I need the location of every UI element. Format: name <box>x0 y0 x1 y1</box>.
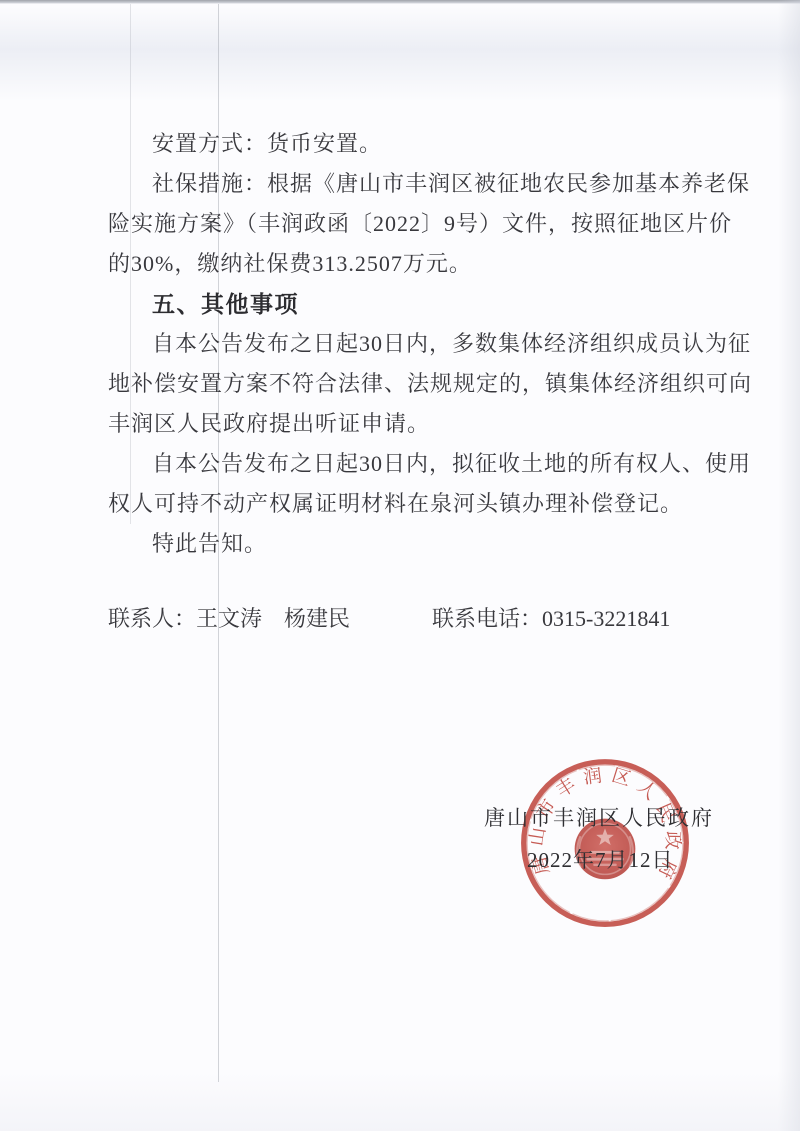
document-line: 权人可持不动产权属证明材料在泉河头镇办理补偿登记。 <box>108 484 728 524</box>
document-line: 自本公告发布之日起30日内，拟征收土地的所有权人、使用 <box>108 444 728 484</box>
notice-body: 安置方式：货币安置。 社保措施：根据《唐山市丰润区被征地农民参加基本养老保 险实… <box>108 124 728 564</box>
signature-issuer: 唐山市丰润区人民政府 <box>484 805 724 831</box>
document-line: 险实施方案》（丰润政函〔2022〕9号）文件，按照征地区片价 <box>108 204 728 244</box>
scan-right-shading <box>778 0 800 1131</box>
document-line: 社保措施：根据《唐山市丰润区被征地农民参加基本养老保 <box>108 164 728 204</box>
contact-row: 联系人：王文涛 杨建民 联系电话：0315-3221841 <box>108 604 728 634</box>
scan-bottom-shading <box>0 1071 800 1131</box>
document-line: 丰润区人民政府提出听证申请。 <box>108 404 728 444</box>
section-heading: 五、其他事项 <box>108 284 728 324</box>
document-line: 安置方式：货币安置。 <box>108 124 728 164</box>
contact-phone: 联系电话：0315-3221841 <box>432 604 670 634</box>
contact-persons: 联系人：王文涛 杨建民 <box>108 606 350 631</box>
official-seal-graphic: 唐山市丰润区人民政府 <box>512 752 698 938</box>
scanned-document-page: 安置方式：货币安置。 社保措施：根据《唐山市丰润区被征地农民参加基本养老保 险实… <box>0 0 800 1131</box>
scan-shading-band <box>0 6 800 102</box>
document-line: 地补偿安置方案不符合法律、法规规定的，镇集体经济组织可向 <box>108 364 728 404</box>
scan-top-edge <box>0 0 800 4</box>
official-seal: 唐山市丰润区人民政府 <box>512 752 698 938</box>
document-line: 自本公告发布之日起30日内，多数集体经济组织成员认为征 <box>108 324 728 364</box>
signature-date: 2022年7月12日 <box>527 847 697 873</box>
document-line: 的30%，缴纳社保费313.2507万元。 <box>108 244 728 284</box>
document-line: 特此告知。 <box>108 524 728 564</box>
